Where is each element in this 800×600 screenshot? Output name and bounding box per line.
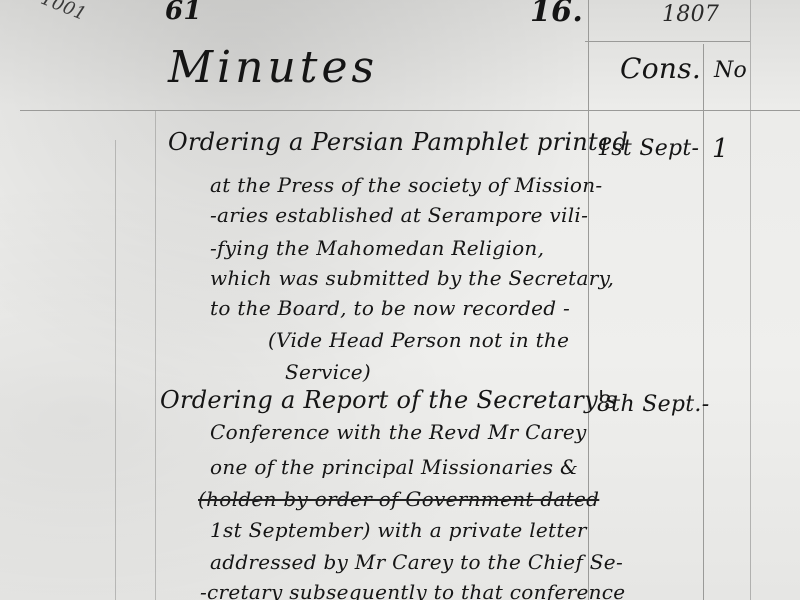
manuscript-page: ​ 1001 61 16. 1807 Minutes Cons. No Orde… [0, 0, 800, 600]
entry-line: 1st September) with a private letter [210, 518, 587, 542]
entry-line: -fying the Mahomedan Religion, [210, 236, 544, 260]
year: 1807 [662, 2, 719, 27]
page-title: Minutes [168, 42, 378, 93]
archive-stamp: 1001 [38, 0, 89, 25]
entry-line: at the Press of the society of Mission- [210, 173, 603, 197]
entry-line: Service) [285, 360, 371, 384]
archive-mark: 61 [165, 0, 202, 26]
column-header-top-rule [585, 41, 750, 42]
entry-number: 1 [712, 134, 729, 164]
entry-line: which was submitted by the Secretary, [210, 266, 614, 290]
page-number: 16. [530, 0, 583, 29]
margin-line-inner [155, 110, 156, 600]
entry-line: (Vide Head Person not in the [268, 328, 569, 352]
column-header-consultation: Cons. [620, 52, 701, 85]
entry-line: addressed by Mr Carey to the Chief Se- [210, 550, 623, 574]
entry-line: Conference with the Revd Mr Carey [210, 420, 587, 444]
entry-line: -aries established at Serampore vili- [210, 203, 588, 227]
column-divider-no [703, 44, 704, 600]
header-rule [20, 110, 800, 111]
entry-line: Ordering a Report of the Secretary's [160, 386, 617, 414]
entry-line: -cretary subsequently to that conference [200, 580, 625, 600]
margin-line-outer [115, 140, 116, 600]
entry-line: Ordering a Persian Pamphlet printed [168, 128, 628, 156]
column-divider-right [750, 0, 751, 600]
entry-line: one of the principal Missionaries & [210, 455, 578, 479]
entry-date: 1st Sept- [597, 136, 699, 161]
column-header-number: No [714, 58, 747, 83]
entry-line: to the Board, to be now recorded - [210, 296, 570, 320]
entry-date: 8th Sept.- [597, 392, 709, 417]
entry-line: (holden by order of Government dated [198, 487, 599, 511]
